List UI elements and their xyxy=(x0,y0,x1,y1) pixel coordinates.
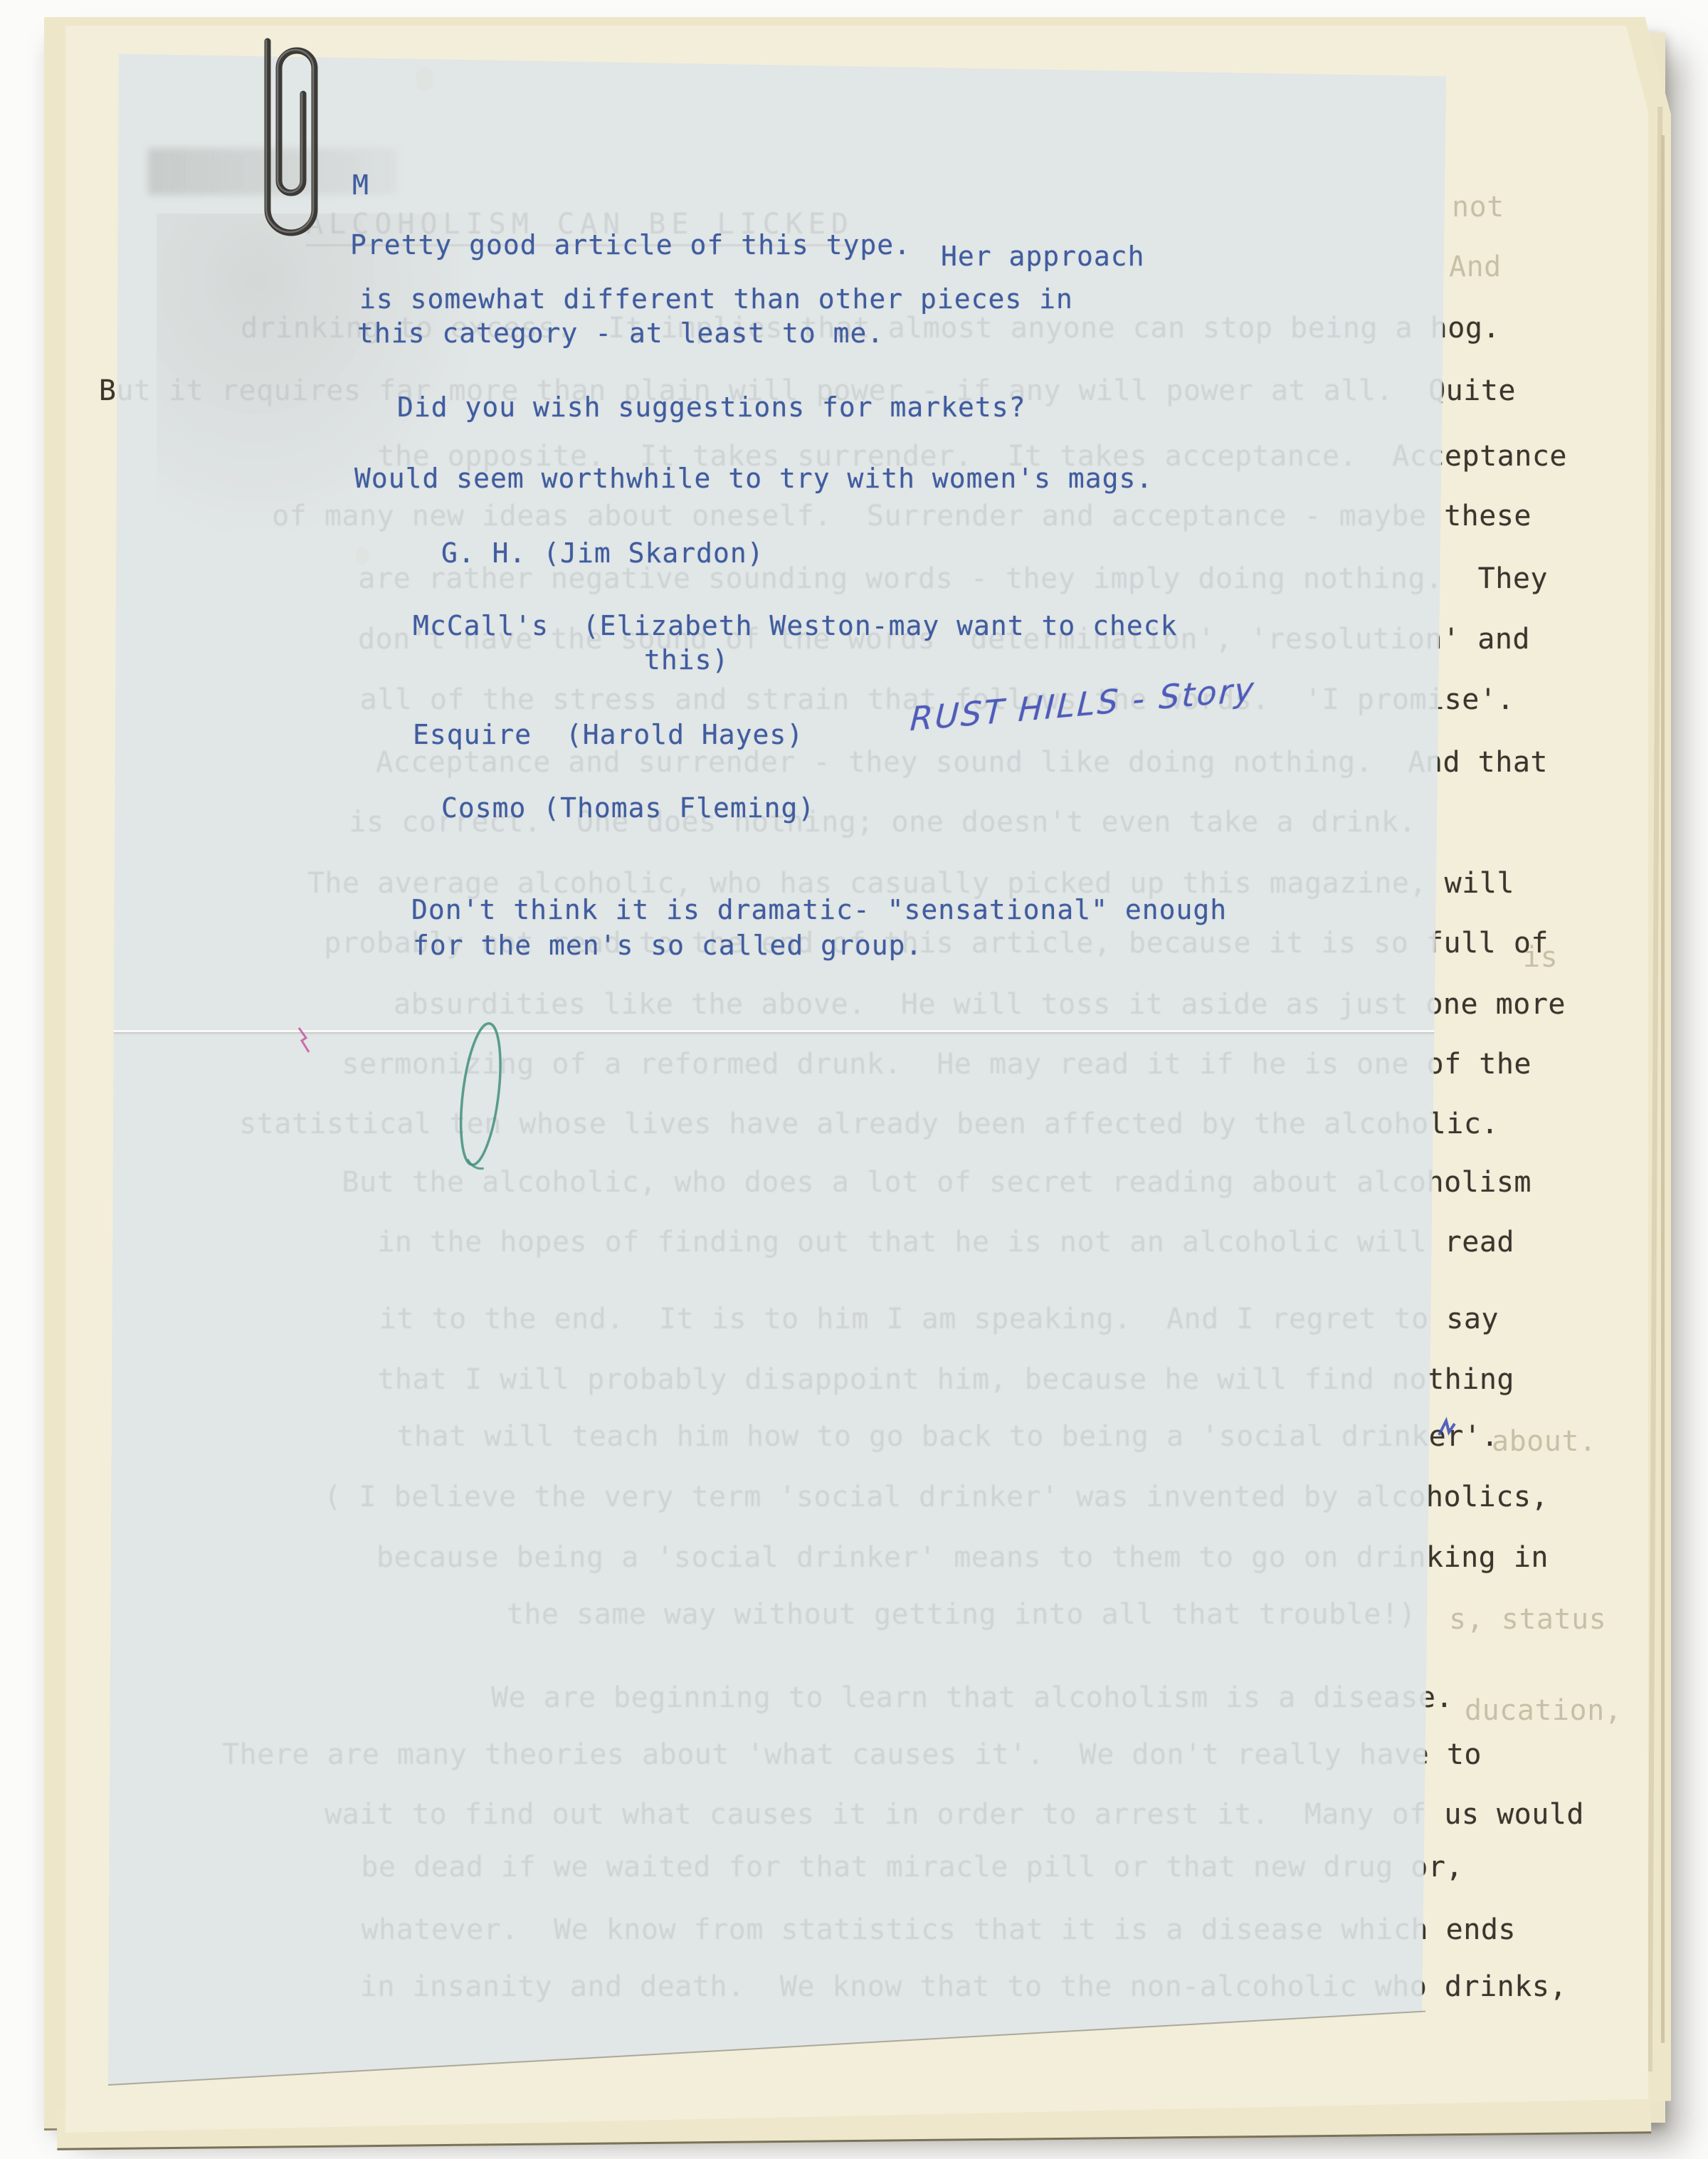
faint-fragment: about. xyxy=(1492,1425,1597,1458)
note-line: McCall's (Elizabeth Weston-may want to c… xyxy=(413,610,1178,641)
note-line: Esquire (Harold Hayes) xyxy=(413,719,803,750)
note-line: Would seem worthwhile to try with women'… xyxy=(354,463,1153,494)
note-line: is somewhat different than other pieces … xyxy=(359,283,1073,315)
note-line: this) xyxy=(644,644,729,676)
note-line: Cosmo (Thomas Fleming) xyxy=(441,792,815,824)
blue-ink-scribble xyxy=(1435,1415,1463,1444)
faint-fragment: not xyxy=(1452,191,1504,224)
note-line: M xyxy=(352,169,369,201)
note-line: this category - at least to me. xyxy=(357,317,884,349)
onionskin-overlay-sheet: MPretty good article of this type.Her ap… xyxy=(107,50,1446,2089)
right-stack-edge-2 xyxy=(1661,135,1665,2043)
paper-clip xyxy=(251,16,329,251)
green-pencil-loop-mark xyxy=(448,1014,512,1185)
note-line: Don't think it is dramatic- "sensational… xyxy=(411,894,1227,925)
pink-tick-mark xyxy=(293,1024,322,1056)
note-line: for the men's so called group. xyxy=(413,930,922,961)
note-line: Pretty good article of this type. xyxy=(350,229,911,261)
faint-fragment: ducation, xyxy=(1465,1694,1622,1727)
faint-fragment: s, status xyxy=(1449,1603,1606,1636)
faint-fragment: is xyxy=(1523,941,1558,974)
clip-shadow-smudge xyxy=(157,214,491,548)
note-line: Did you wish suggestions for markets? xyxy=(397,392,1026,423)
note-line: G. H. (Jim Skardon) xyxy=(441,537,764,569)
scanned-manuscript-photo: { "note": { "description": "editorial cr… xyxy=(0,0,1708,2159)
note-line: Her approach xyxy=(941,241,1145,272)
faint-fragment: And xyxy=(1449,251,1502,283)
